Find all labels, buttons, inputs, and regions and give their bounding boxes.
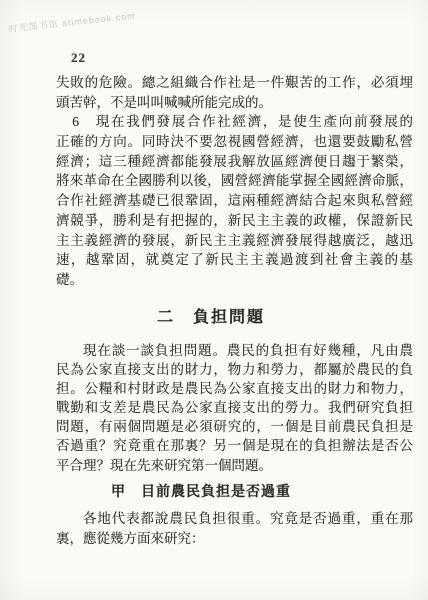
watermark-text: 时光图书馆 atimebook.com	[8, 9, 136, 35]
text-line: 戰勤和支差是農民為公家直接支出的勞力。我們研究負担	[56, 398, 413, 417]
text-line: 將來革命在全國勝利以後，國營經濟能掌握全國經濟命脈，	[56, 171, 413, 191]
paragraph-cooperative-economy: 失敗的危險。總之組織合作社是一件艱苦的工作，必須埋頭苦幹，不是叫叫喊喊所能完成的…	[56, 73, 413, 290]
text-line: 否過重？究竟重在那裏？另一個是現在的負担辦法是否公	[56, 436, 413, 455]
text-line: 担。公糧和村財政是農民為公家直接支出的財力和物力，	[56, 379, 413, 398]
text-line: 現在談一談負担問題。農民的負担有好幾種，凡由農	[56, 341, 413, 360]
subsection-heading-overburden: 甲 目前農民負担是否過重	[56, 481, 346, 501]
text-line: 裏，應從幾方面來研究：	[56, 529, 413, 549]
text-line: 主主義經濟的發展，新民主主義經濟發展得越廣泛，越迅	[56, 231, 413, 251]
text-line: 失敗的危險。總之組織合作社是一件艱苦的工作，必須埋	[56, 73, 413, 93]
text-line: 頭苦幹，不是叫叫喊喊所能完成的。	[56, 93, 413, 113]
text-line: 速，越鞏固，就奠定了新民主主義過渡到社會主義的基	[56, 250, 413, 270]
text-line: 正確的方向。同時決不要忽視國營經濟，也還要鼓勵私營	[56, 132, 413, 152]
text-line: 經濟；這三種經濟都能發展我解放區經濟便日趨于繁榮，	[56, 152, 413, 172]
paragraph-delegates-research: 各地代表都說農民負担很重。究竟是否過重，重在那裏，應從幾方面來研究：	[56, 509, 413, 548]
text-line: 濟競爭，勝利是有把握的，新民主主義的政權，保證新民	[56, 211, 413, 231]
text-line: 6 現在我們發展合作社經濟，是使生產向前發展的	[56, 112, 413, 132]
scanned-book-page: 时光图书馆 atimebook.com 22 失敗的危險。總之組織合作社是一件艱…	[0, 0, 428, 600]
text-line: 平合理？現在先來研究第一個問題。	[56, 456, 413, 475]
paragraph-burden-intro: 現在談一談負担問題。農民的負担有好幾種，凡由農民為公家直接支出的財力，物力和勞力…	[56, 341, 413, 475]
text-line: 合作社經濟基礎已很鞏固，這兩種經濟結合起來與私營經	[56, 191, 413, 211]
text-line: 各地代表都說農民負担很重。究竟是否過重，重在那	[56, 509, 413, 529]
text-line: 民為公家直接支出的財力，物力和勞力，都屬於農民的負	[56, 360, 413, 379]
section-heading-burden-problem: 二 負担問題	[56, 304, 366, 327]
text-line: 問題，有兩個問題是必須研究的，一個是目前農民負担是	[56, 417, 413, 436]
text-line: 礎。	[56, 270, 413, 290]
page-number: 22	[71, 50, 86, 66]
